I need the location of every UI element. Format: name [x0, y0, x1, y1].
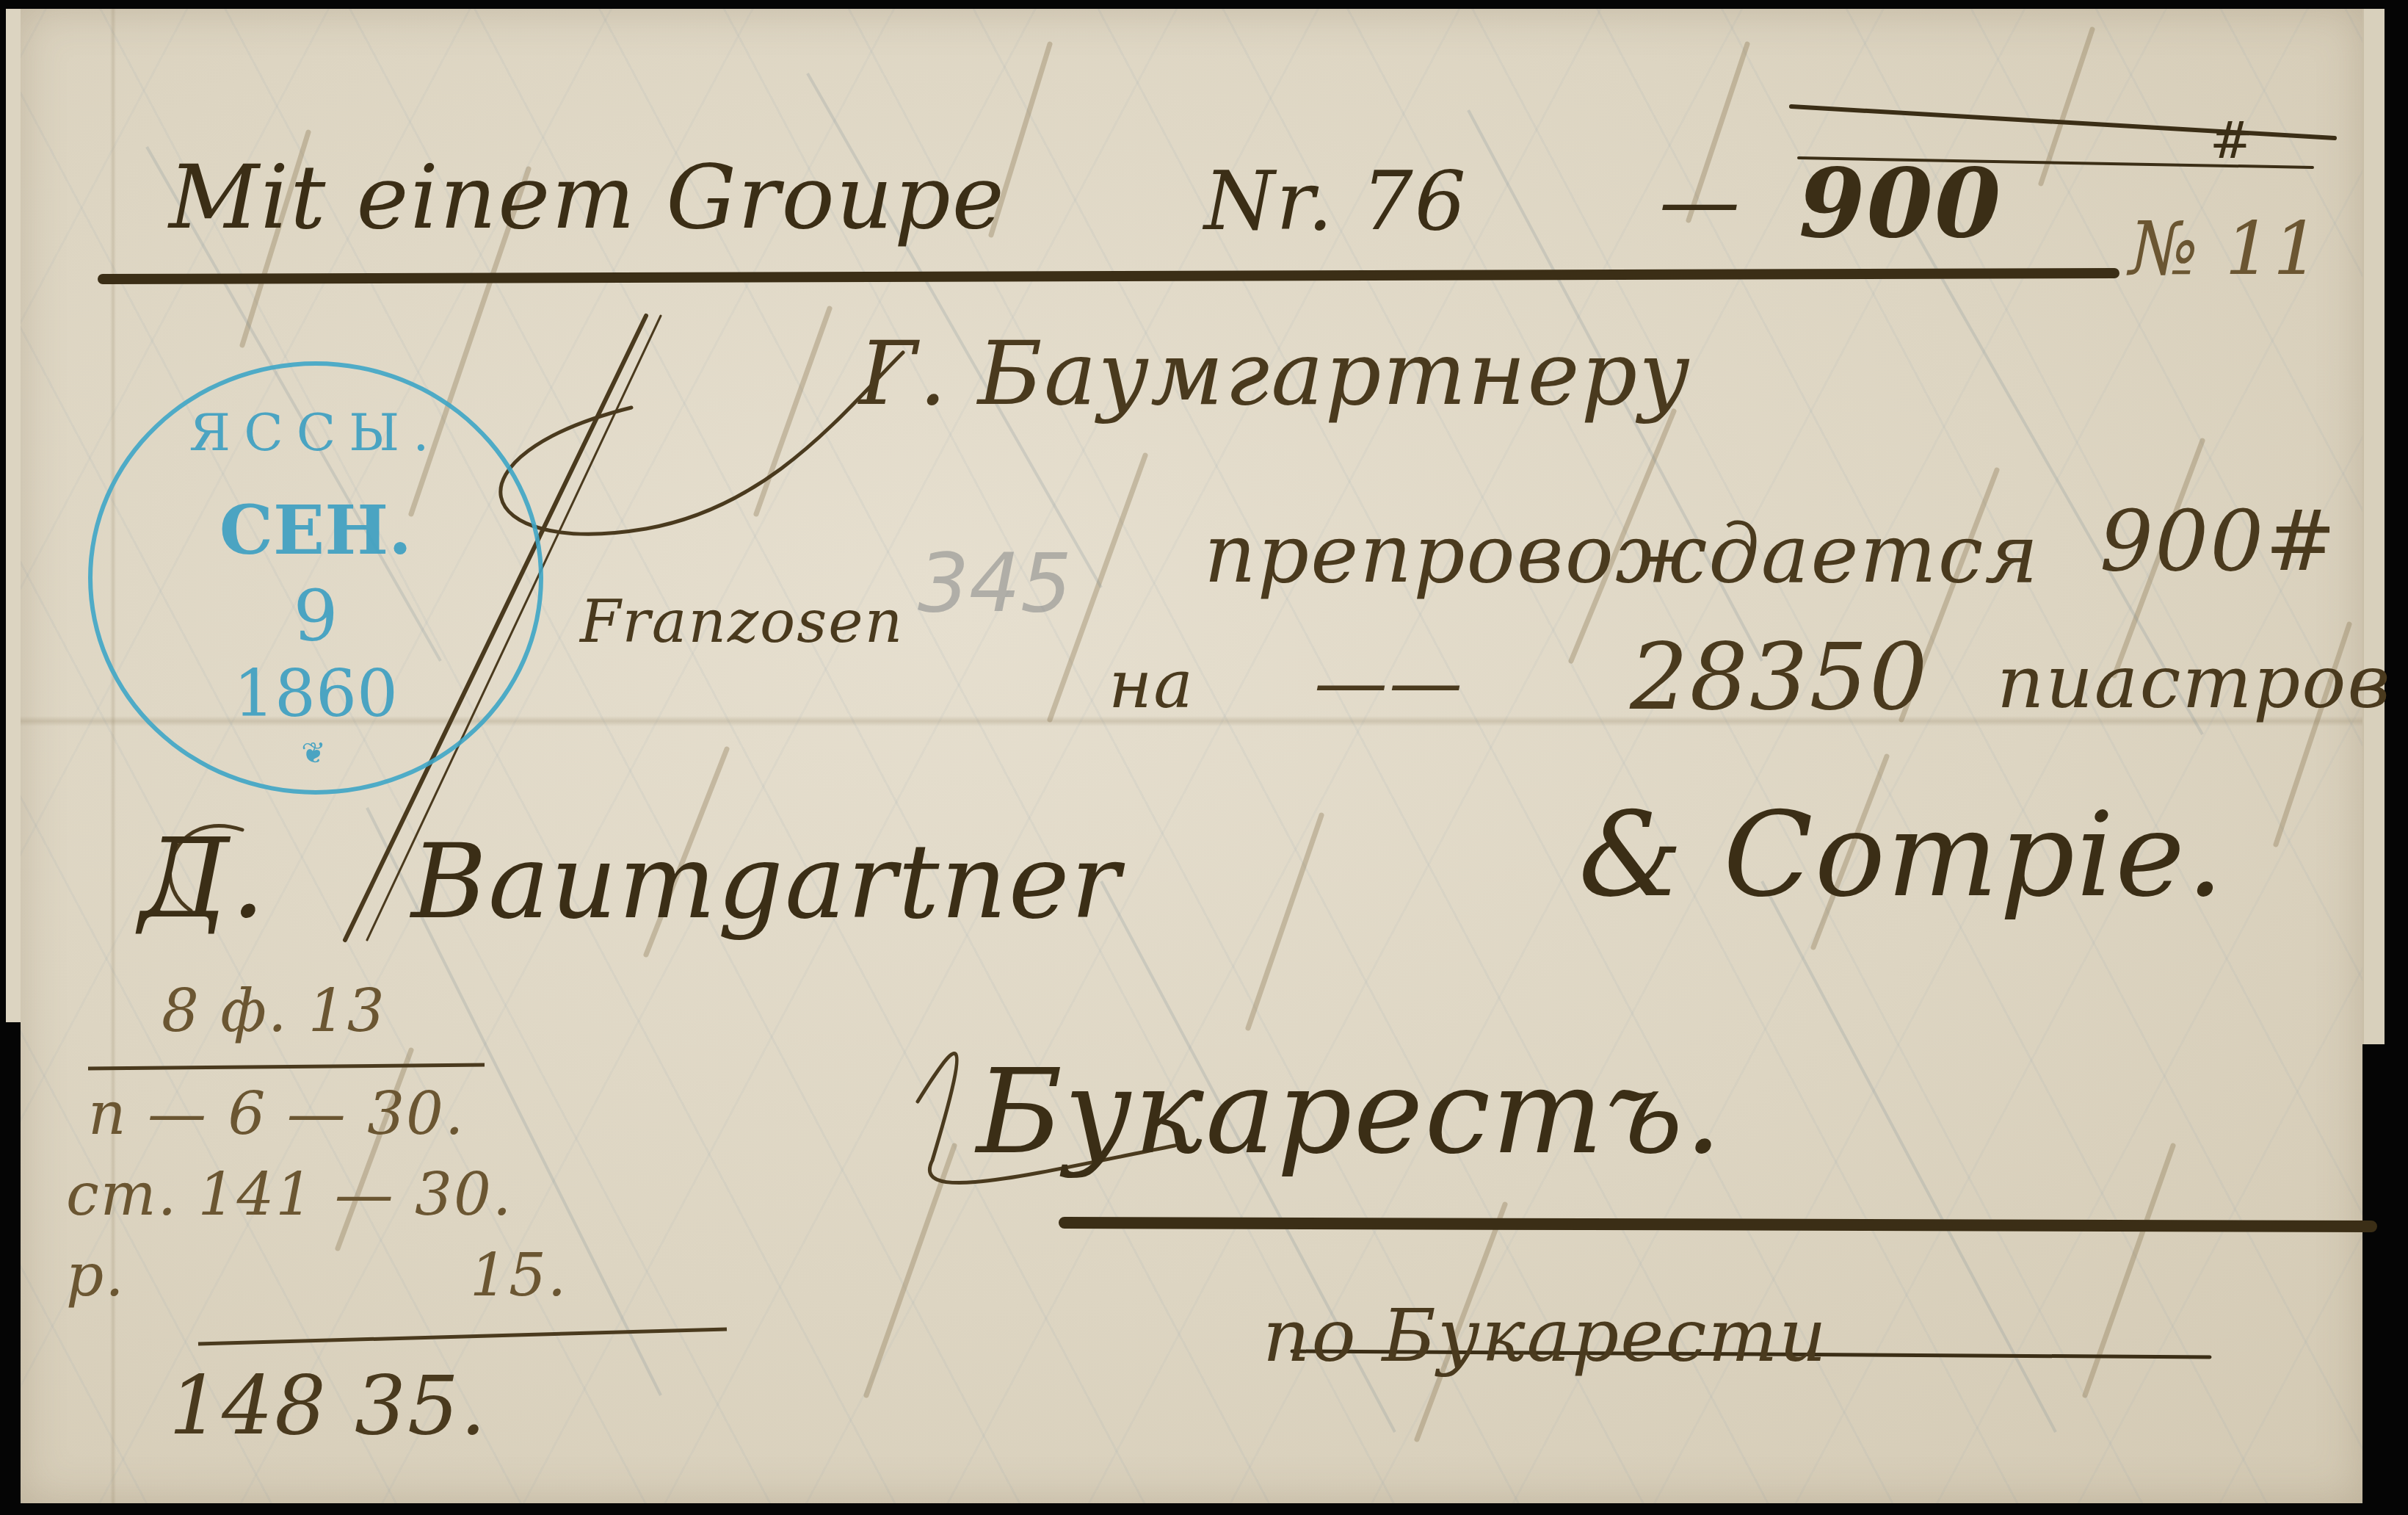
- addressee-salutation: Г. Баумгартнеру: [859, 323, 1691, 425]
- value-amount: 28350: [1630, 624, 1929, 731]
- route-note: по Букарести: [1263, 1292, 1828, 1378]
- calc-line-1: 8 ф. 13: [162, 977, 386, 1045]
- header-group-ref: Nr. 76: [1204, 154, 1468, 248]
- postmark-year: 1860: [93, 656, 539, 731]
- calc-line-4-prefix: р.: [66, 1241, 126, 1309]
- header-amount: 900: [1799, 147, 2002, 259]
- calc-line-2: п — 6 — 30.: [88, 1080, 465, 1148]
- recipient-name: Baumgartner: [411, 822, 1121, 942]
- pencil-note: 345: [918, 536, 1072, 630]
- postmark-ornament-icon: ❦: [93, 737, 539, 770]
- destination-city: Букарестъ.: [976, 1043, 1723, 1180]
- postmark-month: СЕН.: [93, 491, 539, 570]
- postmark-city: ЯССЫ.: [93, 402, 539, 463]
- value-unit: пиастров: [1997, 639, 2392, 725]
- recipient-company: & Compie.: [1578, 786, 2225, 923]
- recipient-initial: Д.: [139, 815, 267, 943]
- header-dash: —: [1659, 154, 1741, 248]
- line-verb: препровождается: [1204, 507, 2039, 601]
- value-prefix: на: [1109, 646, 1194, 723]
- jassy-postmark: ЯССЫ. СЕН. 9 1860 ❦: [88, 361, 543, 795]
- value-dash: ——: [1314, 639, 1464, 725]
- header-amount-mark: #: [2210, 110, 2255, 170]
- header-text-left: Mit einem Groupe: [169, 147, 1006, 249]
- left-note: Franzosen: [580, 587, 904, 656]
- calc-line-3: ст. 141 — 30.: [66, 1160, 512, 1229]
- letter-number: № 11: [2129, 206, 2321, 292]
- calc-line-4-value: 15.: [470, 1241, 567, 1309]
- calc-total: 148 35.: [169, 1359, 487, 1453]
- postmark-day: 9: [93, 575, 539, 657]
- line-amount: 900#: [2100, 492, 2338, 590]
